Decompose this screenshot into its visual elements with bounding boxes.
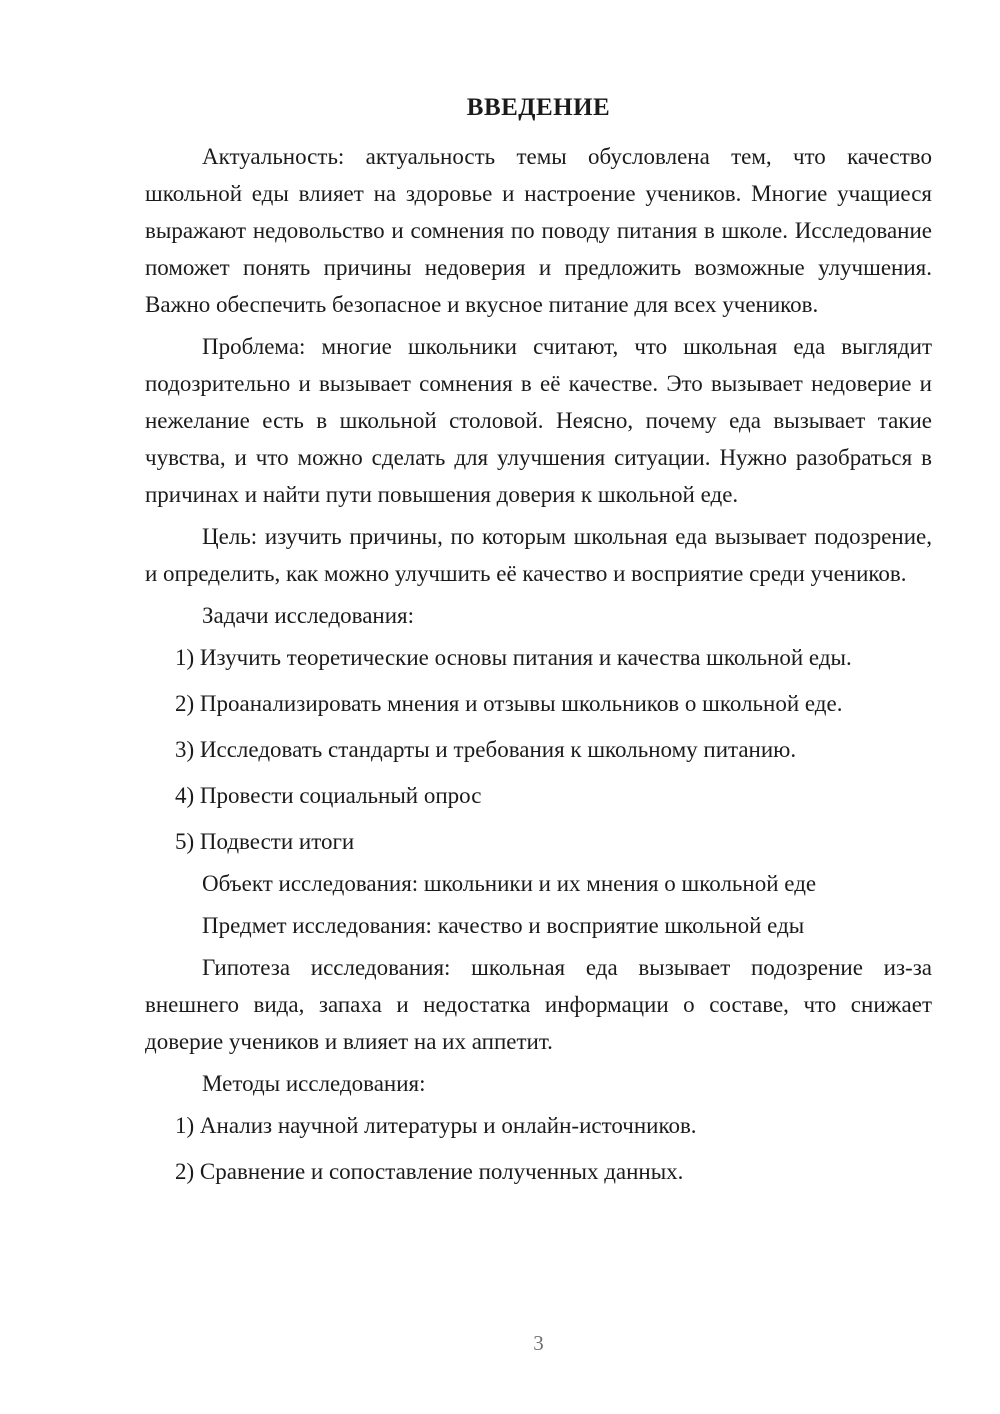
paragraph-actuality: Актуальность: актуальность темы обусловл… — [145, 138, 932, 323]
page-title: ВВЕДЕНИЕ — [145, 94, 932, 122]
document-content: ВВЕДЕНИЕ Актуальность: актуальность темы… — [145, 94, 932, 1195]
list-item: 1) Анализ научной литературы и онлайн-ис… — [145, 1107, 932, 1144]
tasks-heading: Задачи исследования: — [145, 597, 932, 634]
list-item: 1) Изучить теоретические основы питания … — [145, 639, 932, 676]
list-item: 2) Сравнение и сопоставление полученных … — [145, 1153, 932, 1190]
paragraph-problem: Проблема: многие школьники считают, что … — [145, 328, 932, 513]
paragraph-subject: Предмет исследования: качество и восприя… — [145, 907, 932, 944]
paragraph-object: Объект исследования: школьники и их мнен… — [145, 865, 932, 902]
methods-list: 1) Анализ научной литературы и онлайн-ис… — [145, 1107, 932, 1190]
methods-heading: Методы исследования: — [145, 1065, 932, 1102]
paragraph-goal: Цель: изучить причины, по которым школьн… — [145, 518, 932, 592]
page-number: 3 — [145, 1328, 932, 1358]
list-item: 3) Исследовать стандарты и требования к … — [145, 731, 932, 768]
tasks-list: 1) Изучить теоретические основы питания … — [145, 639, 932, 860]
paragraph-hypothesis: Гипотеза исследования: школьная еда вызы… — [145, 949, 932, 1060]
list-item: 5) Подвести итоги — [145, 823, 932, 860]
list-item: 4) Провести социальный опрос — [145, 777, 932, 814]
list-item: 2) Проанализировать мнения и отзывы школ… — [145, 685, 932, 722]
document-page: ВВЕДЕНИЕ Актуальность: актуальность темы… — [0, 0, 1000, 1414]
